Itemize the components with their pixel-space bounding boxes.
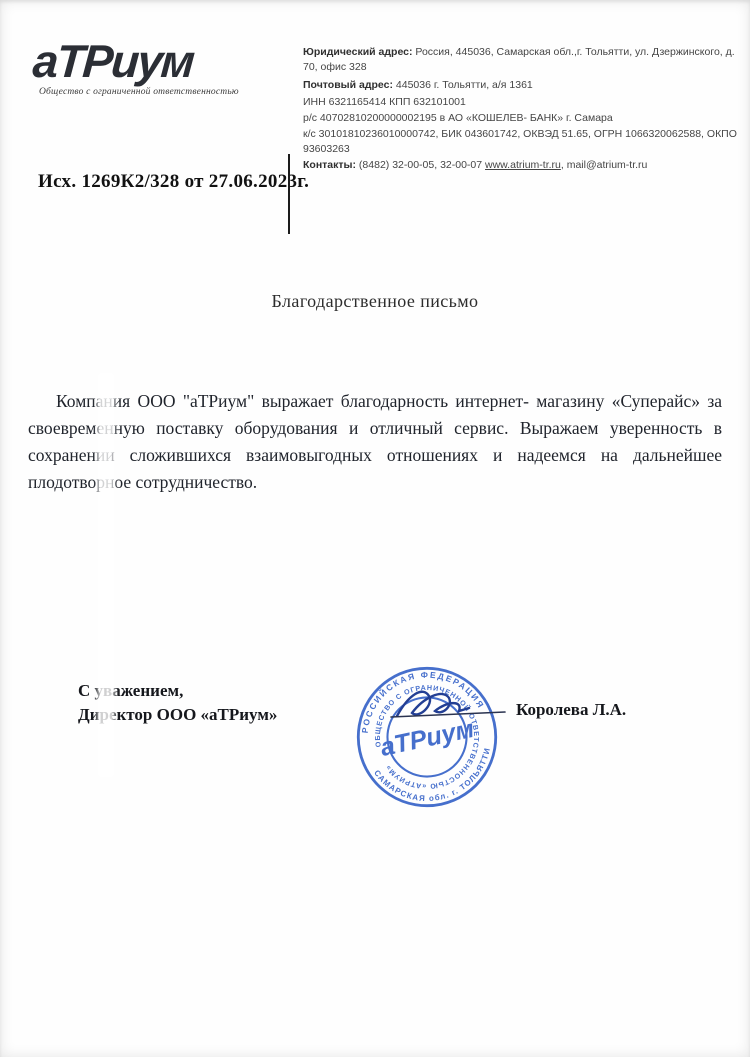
company-logo-text: аТРиум <box>31 38 240 84</box>
letterhead-account: р/с 40702810200000002195 в АО «КОШЕЛЕВ- … <box>303 111 745 126</box>
letterhead-inn-kpp: ИНН 6321165414 КПП 632101001 <box>303 95 745 110</box>
signer-name: Королева Л.А. <box>516 700 626 720</box>
contacts-phones: (8482) 32-00-05, 32-00-07 <box>356 159 485 171</box>
letter-body: Компания ООО "аТРиум" выражает благодарн… <box>28 388 722 496</box>
scan-line-artifact <box>288 154 290 234</box>
company-logo-tagline: Общество с ограниченной ответственностью <box>39 87 239 97</box>
scanned-letter-page: аТРиум Общество с ограниченной ответстве… <box>0 0 750 1057</box>
postal-address-label: Почтовый адрес: <box>303 79 393 91</box>
company-logo: аТРиум Общество с ограниченной ответстве… <box>33 38 239 97</box>
letter-title: Благодарственное письмо <box>0 291 750 312</box>
signature-scribble <box>383 678 513 728</box>
letterhead-legal-address: Юридический адрес: Россия, 445036, Самар… <box>303 45 745 75</box>
legal-address-label: Юридический адрес: <box>303 46 413 58</box>
letterhead-postal-address: Почтовый адрес: 445036 г. Тольятти, а/я … <box>303 78 745 93</box>
reference-number: Исх. 1269К2/328 от 27.06.2023г. <box>38 171 309 193</box>
letterhead-contacts: Контакты: (8482) 32-00-05, 32-00-07 www.… <box>303 158 745 173</box>
letterhead-bank-details: к/с 30101810236010000742, БИК 043601742,… <box>303 127 745 157</box>
letterhead-block: Юридический адрес: Россия, 445036, Самар… <box>303 45 745 174</box>
contacts-label: Контакты: <box>303 159 356 171</box>
scan-fold-artifact <box>100 375 112 775</box>
postal-address-value: 445036 г. Тольятти, а/я 1361 <box>393 79 533 91</box>
contacts-email: , mail@atrium-tr.ru <box>561 159 648 171</box>
website-link: www.atrium-tr.ru <box>485 159 561 171</box>
